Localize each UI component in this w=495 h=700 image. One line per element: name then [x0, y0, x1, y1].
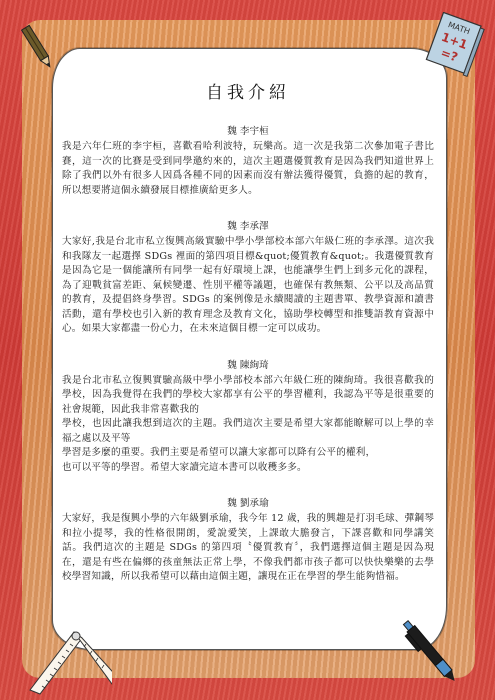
intro-section: 魏 李宇桓 我是六年仁班的李宇桓，喜歡看哈利波特，玩樂高。這一次是我第二次參加電…: [62, 123, 434, 198]
author-name: 魏 李宇桓: [62, 123, 434, 137]
intro-section: 魏 陳絢琦 我是台北市私立復興實驗高級中學小學部校本部六年級仁班的陳絢琦。我很喜…: [62, 357, 434, 476]
pen-icon: [398, 612, 468, 692]
author-name: 魏 劉承瑜: [62, 495, 434, 509]
author-name: 魏 李承澤: [62, 218, 434, 232]
intro-section: 魏 李承澤 大家好,我是台北市私立復興高級實驗中學小學部校本部六年級仁班的李承澤…: [62, 218, 434, 337]
ruler-icon: [12, 620, 112, 700]
intro-paragraph: 大家好，我是復興小學的六年級劉承瑜，我今年 12 歲，我的興趣是打羽毛球、彈鋼琴…: [62, 512, 434, 585]
document-title: 自我介紹: [62, 78, 434, 103]
intro-paragraph: 大家好,我是台北市私立復興高級實驗中學小學部校本部六年級仁班的李承澤。這次我和我…: [62, 235, 434, 337]
math-book-icon: MATH 1+1 =?: [423, 12, 485, 78]
intro-section: 魏 劉承瑜 大家好，我是復興小學的六年級劉承瑜，我今年 12 歲，我的興趣是打羽…: [62, 495, 434, 585]
intro-paragraph: 我是六年仁班的李宇桓，喜歡看哈利波特，玩樂高。這一次是我第二次參加電子書比賽，這…: [62, 140, 434, 198]
author-name: 魏 陳絢琦: [62, 357, 434, 371]
intro-paragraph: 我是台北市私立復興實驗高級中學小學部校本部六年級仁班的陳絢琦。我很喜歡我的學校，…: [62, 374, 434, 476]
self-introduction-document: 自我介紹 魏 李宇桓 我是六年仁班的李宇桓，喜歡看哈利波特，玩樂高。這一次是我第…: [62, 78, 434, 605]
pencil-icon: [20, 22, 56, 72]
